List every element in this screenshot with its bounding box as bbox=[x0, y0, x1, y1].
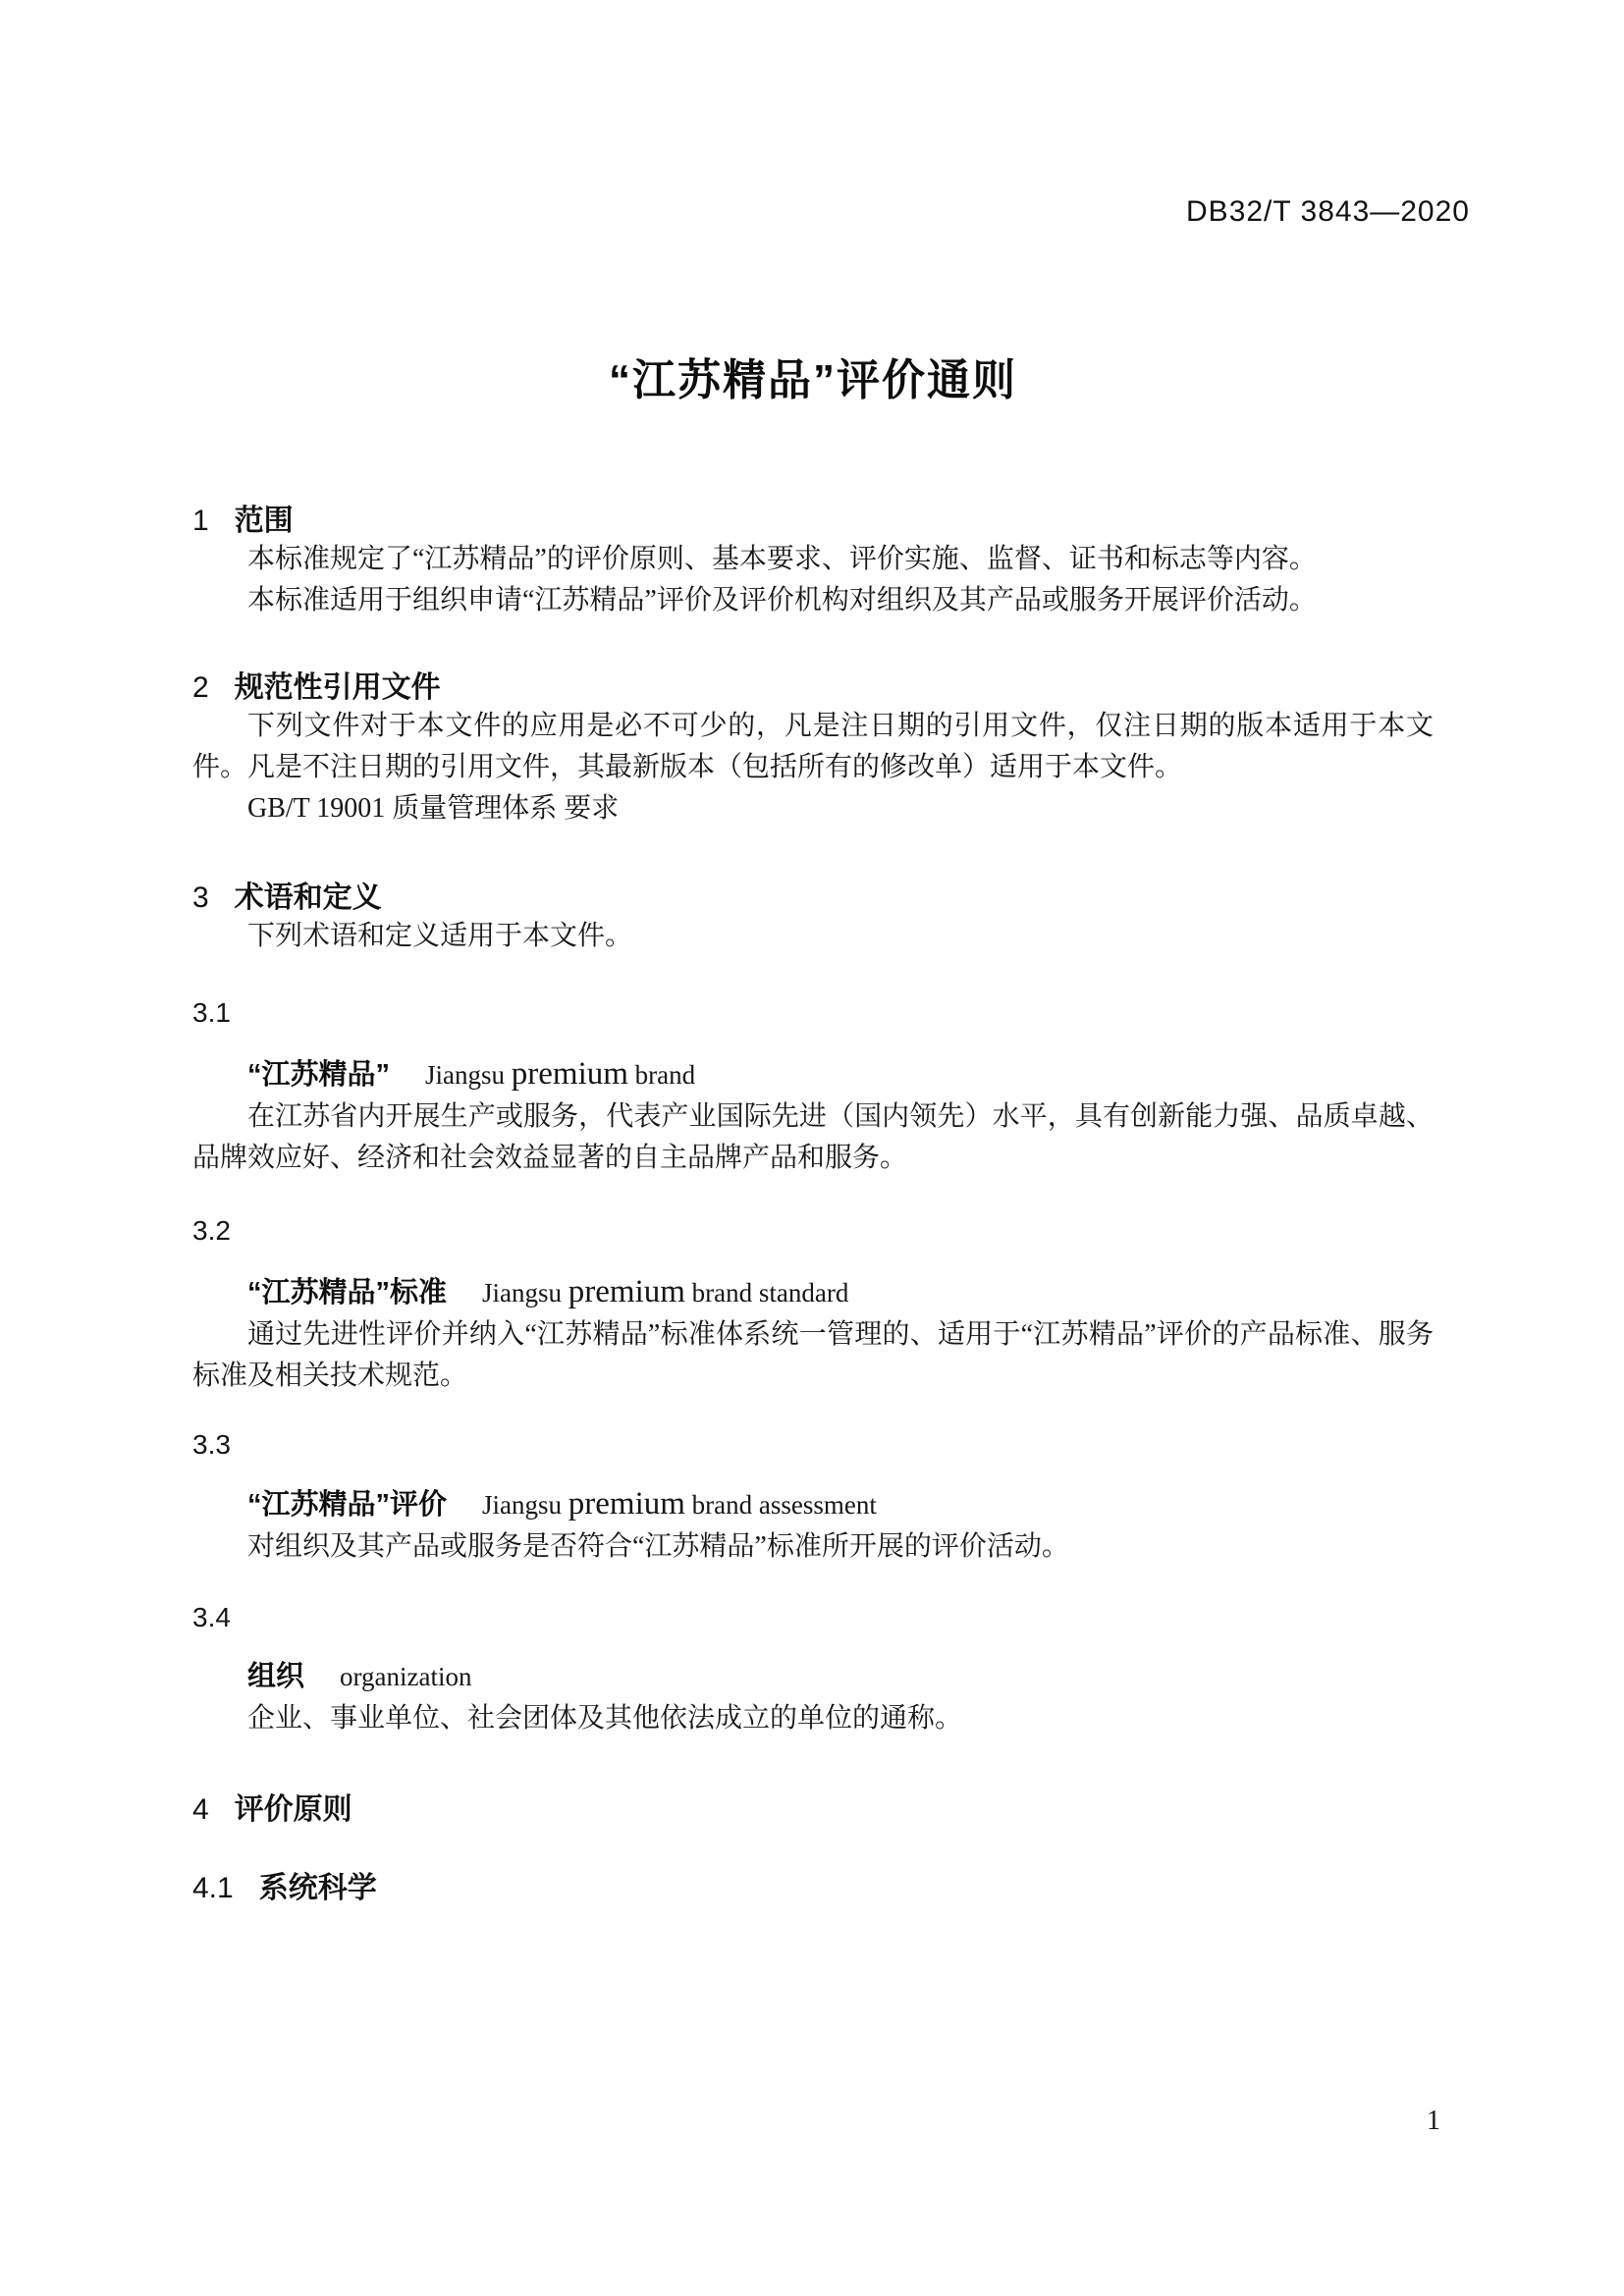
section-heading-terms: 3术语和定义 bbox=[192, 881, 1434, 916]
term-english-word: premium bbox=[568, 1274, 685, 1309]
term-english-word: Jiangsu bbox=[482, 1490, 562, 1520]
term-definition: 对组织及其产品或服务是否符合“江苏精品”标准所开展的评价活动。 bbox=[192, 1526, 1434, 1568]
section-number: 3 bbox=[192, 881, 209, 914]
paragraph: 本标准规定了“江苏精品”的评价原则、基本要求、评价实施、监督、证书和标志等内容。 bbox=[192, 539, 1434, 580]
term-english-word: premium bbox=[568, 1486, 685, 1522]
term-definition: 在江苏省内开展生产或服务，代表产业国际先进（国内领先）水平，具有创新能力强、品质… bbox=[192, 1096, 1434, 1179]
section-number: 4 bbox=[192, 1793, 209, 1826]
section-title: 系统科学 bbox=[259, 1872, 377, 1904]
term-chinese: “江苏精品”标准 bbox=[247, 1277, 447, 1308]
term-english-word: Jiangsu bbox=[482, 1278, 562, 1308]
clause-number: 3.1 bbox=[192, 992, 1434, 1034]
section-number: 2 bbox=[192, 671, 209, 704]
section-title: 规范性引用文件 bbox=[235, 671, 441, 704]
paragraph: 下列术语和定义适用于本文件。 bbox=[192, 916, 1434, 957]
term-english-word: brand bbox=[635, 1060, 695, 1090]
section-heading-systematic-scientific: 4.1系统科学 bbox=[192, 1871, 1434, 1906]
term-english-word: brand standard bbox=[692, 1278, 849, 1308]
term-english-word: Jiangsu bbox=[425, 1060, 505, 1090]
term-line: “江苏精品”评价Jiangsu premium brand assessment bbox=[192, 1483, 1434, 1526]
document-title: “江苏精品”评价通则 bbox=[192, 0, 1434, 405]
term-entry-3-3: 3.3 “江苏精品”评价Jiangsu premium brand assess… bbox=[192, 1424, 1434, 1568]
clause-number: 3.4 bbox=[192, 1597, 1434, 1638]
section-title: 评价原则 bbox=[235, 1793, 352, 1826]
term-entry-3-4: 3.4 组织organization 企业、事业单位、社会团体及其他依法成立的单… bbox=[192, 1597, 1434, 1739]
term-entry-3-1: 3.1 “江苏精品”Jiangsu premium brand 在江苏省内开展生… bbox=[192, 992, 1434, 1179]
term-english-word: premium bbox=[512, 1056, 628, 1092]
section-number: 1 bbox=[192, 505, 209, 537]
term-english: Jiangsu premium brand bbox=[425, 1060, 695, 1090]
term-chinese: “江苏精品”评价 bbox=[247, 1489, 447, 1521]
term-definition: 通过先进性评价并纳入“江苏精品”标准体系统一管理的、适用于“江苏精品”评价的产品… bbox=[192, 1314, 1434, 1397]
section-normative-references: 2规范性引用文件 下列文件对于本文件的应用是必不可少的，凡是注日期的引用文件，仅… bbox=[192, 670, 1434, 829]
term-english: Jiangsu premium brand standard bbox=[482, 1278, 848, 1308]
term-english-word: organization bbox=[340, 1662, 471, 1691]
section-scope: 1范围 本标准规定了“江苏精品”的评价原则、基本要求、评价实施、监督、证书和标志… bbox=[192, 504, 1434, 621]
term-english: organization bbox=[340, 1662, 471, 1691]
term-chinese: “江苏精品” bbox=[247, 1059, 390, 1091]
document-content: “江苏精品”评价通则 1范围 本标准规定了“江苏精品”的评价原则、基本要求、评价… bbox=[192, 0, 1434, 1906]
section-heading-scope: 1范围 bbox=[192, 504, 1434, 539]
paragraph: 本标准适用于组织申请“江苏精品”评价及评价机构对组织及其产品或服务开展评价活动。 bbox=[192, 580, 1434, 621]
term-line: “江苏精品”标准Jiangsu premium brand standard bbox=[192, 1271, 1434, 1314]
term-english-word: brand assessment bbox=[692, 1490, 877, 1520]
section-number: 4.1 bbox=[192, 1872, 234, 1904]
paragraph: 下列文件对于本文件的应用是必不可少的，凡是注日期的引用文件，仅注日期的版本适用于… bbox=[192, 706, 1434, 788]
section-evaluation-principles: 4评价原则 4.1系统科学 bbox=[192, 1792, 1434, 1906]
document-page: DB32/T 3843—2020 “江苏精品”评价通则 1范围 本标准规定了“江… bbox=[0, 0, 1624, 2296]
section-title: 范围 bbox=[235, 505, 294, 537]
term-line: 组织organization bbox=[192, 1656, 1434, 1698]
reference-item: GB/T 19001 质量管理体系 要求 bbox=[192, 788, 1434, 829]
page-number: 1 bbox=[1427, 2106, 1440, 2137]
term-line: “江苏精品”Jiangsu premium brand bbox=[192, 1053, 1434, 1096]
section-title: 术语和定义 bbox=[235, 881, 382, 914]
term-entry-3-2: 3.2 “江苏精品”标准Jiangsu premium brand standa… bbox=[192, 1210, 1434, 1397]
section-heading-principles: 4评价原则 bbox=[192, 1792, 1434, 1828]
section-terms-definitions: 3术语和定义 下列术语和定义适用于本文件。 3.1 “江苏精品”Jiangsu … bbox=[192, 881, 1434, 1739]
term-chinese: 组织 bbox=[247, 1661, 304, 1692]
clause-number: 3.2 bbox=[192, 1210, 1434, 1252]
section-heading-references: 2规范性引用文件 bbox=[192, 670, 1434, 706]
term-english: Jiangsu premium brand assessment bbox=[482, 1490, 877, 1520]
term-definition: 企业、事业单位、社会团体及其他依法成立的单位的通称。 bbox=[192, 1698, 1434, 1739]
clause-number: 3.3 bbox=[192, 1424, 1434, 1466]
